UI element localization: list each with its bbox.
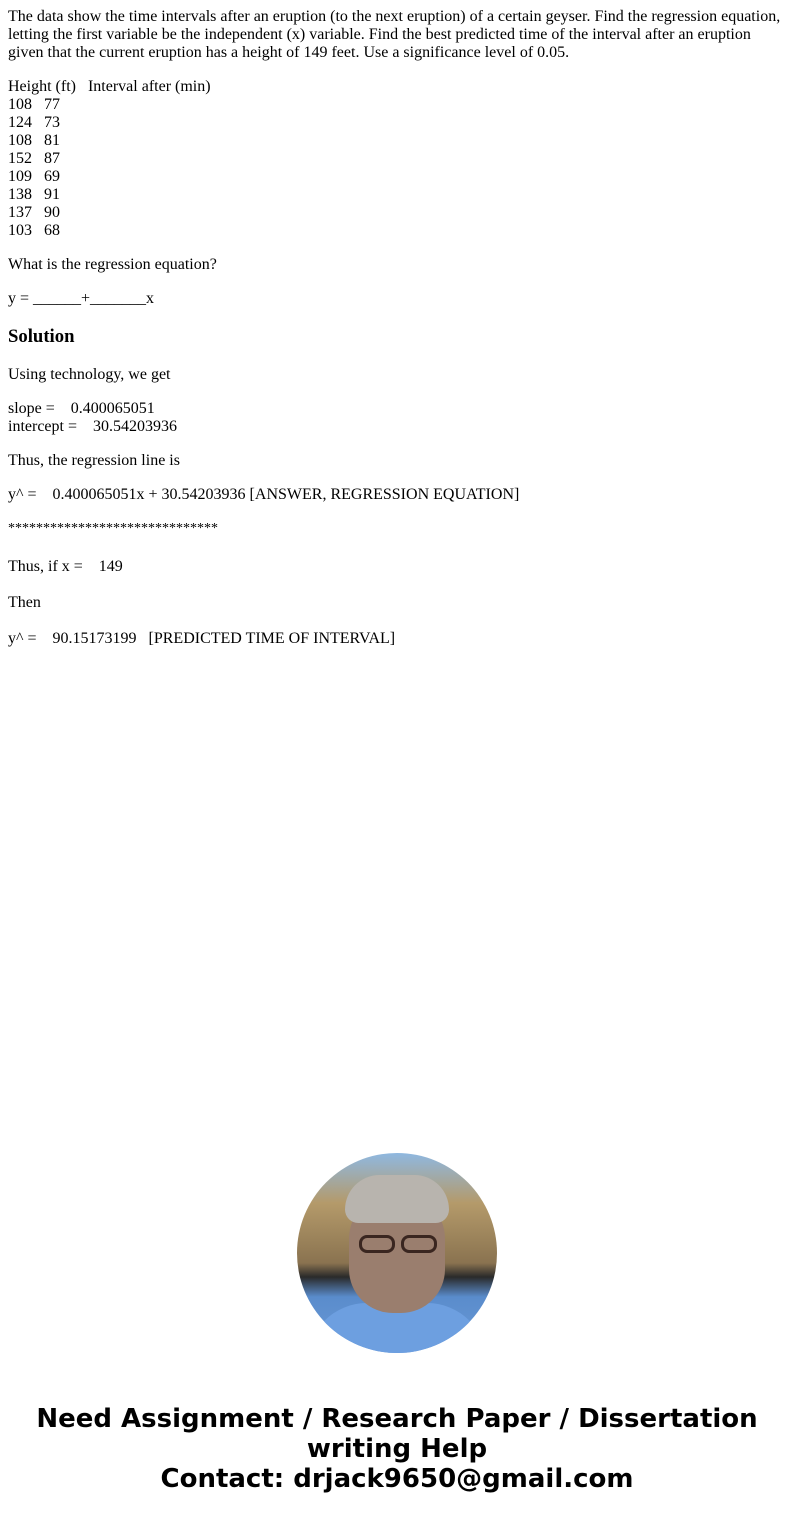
table-row: 103 68 xyxy=(8,222,786,240)
document-body: The data show the time intervals after a… xyxy=(8,8,786,648)
table-row: 152 87 xyxy=(8,150,786,168)
table-row: 108 77 xyxy=(8,96,786,114)
x-value-line: Thus, if x = 149 xyxy=(8,558,786,576)
question-prompt: What is the regression equation? xyxy=(8,256,786,274)
slope-line: slope = 0.400065051 xyxy=(8,400,786,418)
banner-line-2: writing Help xyxy=(0,1434,794,1464)
avatar-glasses xyxy=(355,1235,441,1255)
table-row: 137 90 xyxy=(8,204,786,222)
question-text: The data show the time intervals after a… xyxy=(8,8,786,62)
then-line: Then xyxy=(8,594,786,612)
data-table: Height (ft) Interval after (min) 108 77 … xyxy=(8,78,786,240)
author-avatar xyxy=(297,1153,497,1353)
banner-line-1: Need Assignment / Research Paper / Disse… xyxy=(0,1404,794,1434)
table-header: Height (ft) Interval after (min) xyxy=(8,78,786,96)
separator: ****************************** xyxy=(8,520,786,538)
intercept-line: intercept = 30.54203936 xyxy=(8,418,786,436)
solution-intro: Using technology, we get xyxy=(8,366,786,384)
blank-equation: y = ______+_______x xyxy=(8,290,786,308)
table-row: 108 81 xyxy=(8,132,786,150)
contact-email: Contact: drjack9650@gmail.com xyxy=(0,1464,794,1494)
prediction-answer: y^ = 90.15173199 [PREDICTED TIME OF INTE… xyxy=(8,630,786,648)
table-row: 124 73 xyxy=(8,114,786,132)
regression-answer: y^ = 0.400065051x + 30.54203936 [ANSWER,… xyxy=(8,486,786,504)
table-row: 109 69 xyxy=(8,168,786,186)
avatar-hair xyxy=(345,1175,449,1223)
contact-banner: Need Assignment / Research Paper / Disse… xyxy=(0,1404,794,1494)
solution-heading: Solution xyxy=(8,326,786,348)
table-row: 138 91 xyxy=(8,186,786,204)
regression-intro: Thus, the regression line is xyxy=(8,452,786,470)
